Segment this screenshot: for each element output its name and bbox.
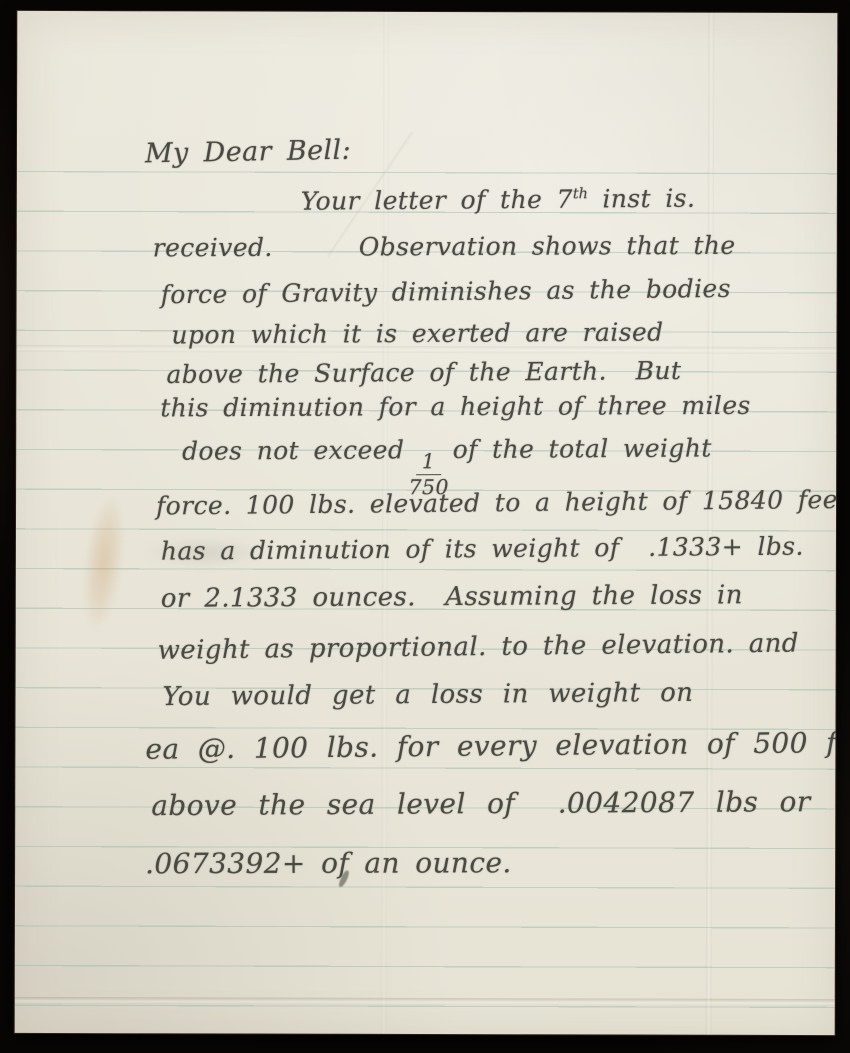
line-hundred-lbs: force. 100 lbs. elevated to a height of … — [156, 486, 837, 520]
greeting-line: My Dear Bell: — [145, 136, 352, 169]
opening-text: Your letter of the 7 — [301, 185, 573, 216]
ordinal-superscript: th — [573, 186, 588, 202]
line-received: received. Observation shows that the — [153, 232, 736, 262]
opening-text-end: inst is. — [588, 184, 695, 214]
bottom-fold-crease — [15, 997, 835, 1006]
line-upon-which: upon which it is exerted are raised — [171, 318, 663, 349]
line-weight-proportional: weight as proportional. to the elevation… — [158, 630, 799, 666]
vertical-fold-crease — [706, 13, 715, 1035]
letter-paper: My Dear Bell: Your letter of the 7th ins… — [15, 11, 838, 1035]
fraction-line-pre: does not exceed — [182, 435, 404, 465]
line-final-ounce: .0673392+ of an ounce. — [145, 848, 512, 880]
fraction-line-post: of the total weight — [453, 433, 712, 464]
line-above-sea: above the sea level of .0042087 lbs or — [151, 787, 811, 822]
fraction-numerator: 1 — [416, 451, 442, 475]
photo-background: My Dear Bell: Your letter of the 7th ins… — [0, 0, 850, 1053]
line-force-gravity: force of Gravity diminishes as the bodie… — [160, 275, 731, 309]
line-has-diminution: has a diminution of its weight of .1333+… — [161, 533, 804, 566]
tan-stain — [71, 464, 138, 643]
vertical-fold-crease-faint — [381, 12, 390, 1034]
line-diminution: this diminution for a height of three mi… — [160, 392, 751, 422]
line-you-would: You would get a loss in weight on — [162, 679, 693, 712]
line-opening: Your letter of the 7th inst is. — [301, 185, 696, 216]
line-per-hundred: ea @. 100 lbs. for every elevation of 50… — [145, 728, 837, 766]
line-above-surface: above the Surface of the Earth. But — [166, 357, 681, 389]
line-ounces: or 2.1333 ounces. Assuming the loss in — [161, 581, 743, 613]
